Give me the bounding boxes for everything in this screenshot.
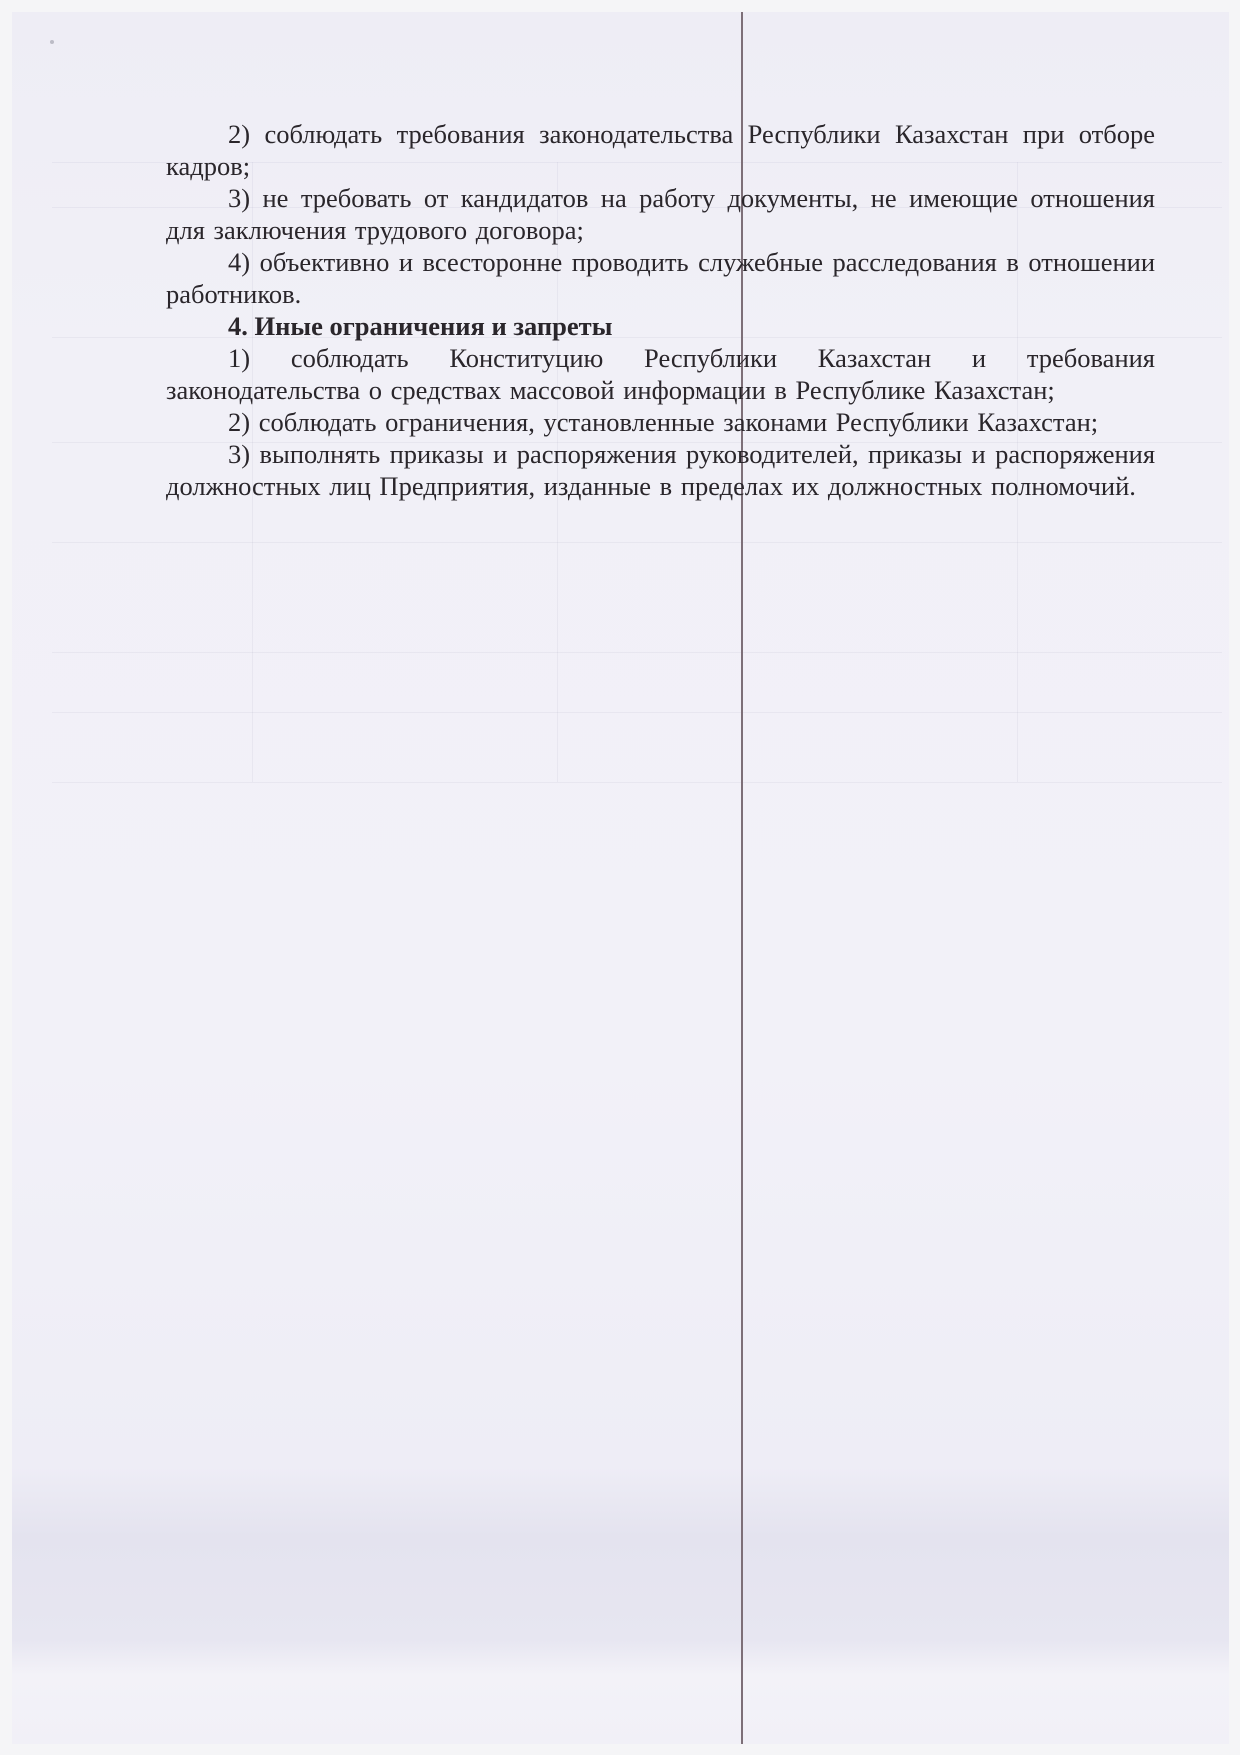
list-item: 3) не требовать от кандидатов на работу … — [166, 182, 1155, 246]
bleed-through-line — [52, 782, 1222, 783]
document-body: 2) соблюдать требования законодательства… — [166, 118, 1155, 502]
bleed-through-line — [52, 652, 1222, 653]
scan-speck — [50, 40, 54, 44]
list-item: 2) соблюдать ограничения, установленные … — [166, 406, 1155, 438]
item-number: 1) — [228, 343, 250, 373]
list-item: 2) соблюдать требования законодательства… — [166, 118, 1155, 182]
item-number: 3) — [228, 183, 250, 213]
item-text: не требовать от кандидатов на работу док… — [166, 183, 1155, 245]
section-heading: 4. Иные ограничения и запреты — [166, 310, 1155, 342]
list-item: 3) выполнять приказы и распоряжения руко… — [166, 438, 1155, 502]
item-number: 4) — [228, 247, 250, 277]
item-text: соблюдать Конституцию Республики Казахст… — [166, 343, 1155, 405]
item-number: 2) — [228, 119, 250, 149]
bleed-through-line — [52, 542, 1222, 543]
list-item: 4) объективно и всесторонне проводить сл… — [166, 246, 1155, 310]
item-text: выполнять приказы и распоряжения руковод… — [166, 439, 1155, 501]
item-number: 3) — [228, 439, 250, 469]
item-number: 2) — [228, 407, 250, 437]
list-item: 1) соблюдать Конституцию Республики Каза… — [166, 342, 1155, 406]
item-text: соблюдать ограничения, установленные зак… — [259, 407, 1098, 437]
item-text: соблюдать требования законодательства Ре… — [166, 119, 1155, 181]
item-text: объективно и всесторонне проводить служе… — [166, 247, 1155, 309]
bleed-through-line — [52, 712, 1222, 713]
